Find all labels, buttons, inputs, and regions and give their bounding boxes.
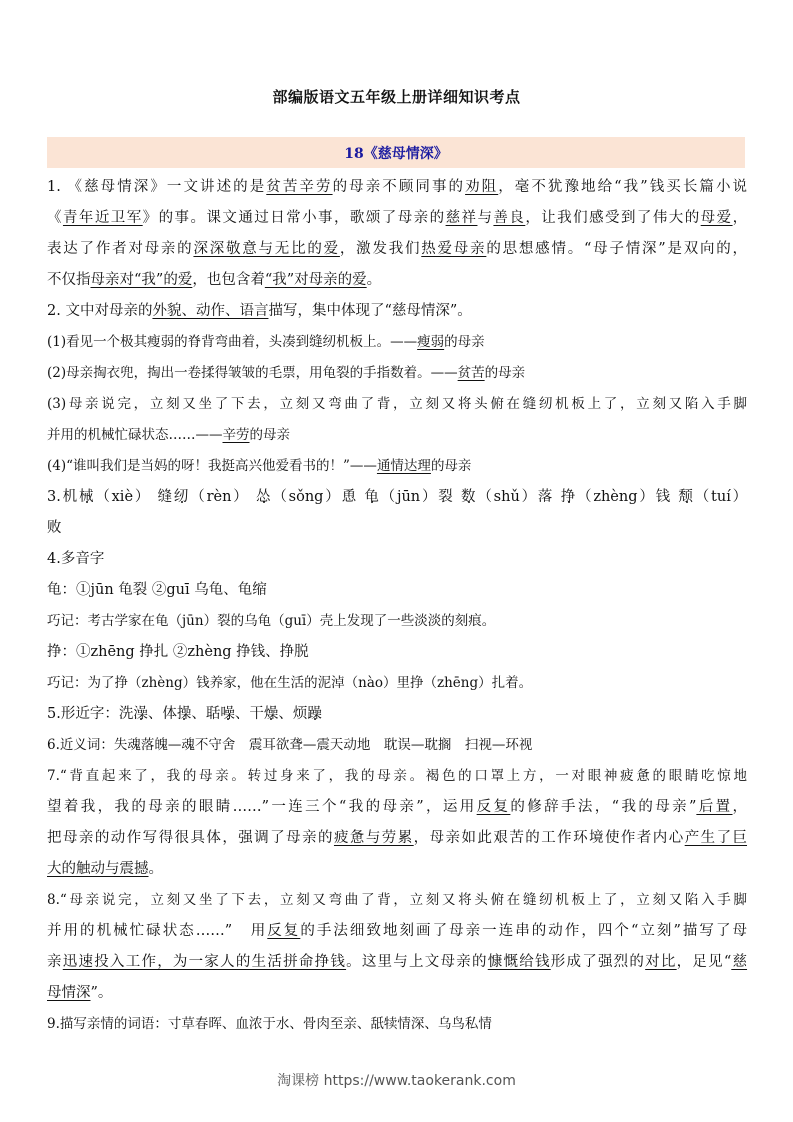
- item-7-line-2: 望着我，我的母亲的眼睛……”一连三个“我的母亲”，运用反复的修辞手法，“我的母亲…: [47, 792, 747, 823]
- item-4-zheng-tip: 巧记：为了挣（zhèng）钱养家，他在生活的泥淖（nào）里挣（zhēng）扎着…: [47, 668, 747, 699]
- item-9-family-words: 9.描写亲情的词语：寸草春晖、血浓于水、骨肉至亲、舐犊情深、乌鸟私情: [47, 1009, 747, 1040]
- item-4-gui: 龟：①jūn 龟裂 ②guī 乌龟、龟缩: [47, 575, 747, 606]
- item-2-sub-3-line-1: (3)母亲说完，立刻又坐了下去，立刻又弯曲了背，立刻又将头俯在缝纫机板上了，立刻…: [47, 389, 747, 420]
- item-2-sub-4: (4)“谁叫我们是当妈的呀！我挺高兴他爱看书的！”——通情达理的母亲: [47, 451, 747, 482]
- item-1-line-3: 表达了作者对母亲的深深敬意与无比的爱，激发我们热爱母亲的思想感情。“母子情深”是…: [47, 234, 747, 265]
- section-heading: 18《慈母情深》: [344, 143, 447, 163]
- document-body: 1. 《慈母情深》一文讲述的是贫苦辛劳的母亲不顾同事的劝阻，毫不犹豫地给“我”钱…: [47, 172, 747, 1040]
- item-8-line-2: 并用的机械忙碌状态……” 用反复的手法细致地刻画了母亲一连串的动作，四个“立刻”…: [47, 916, 747, 947]
- section-heading-bar: 18《慈母情深》: [47, 137, 745, 168]
- item-2-sub-3-line-2: 并用的机械忙碌状态……——辛劳的母亲: [47, 420, 747, 451]
- item-2-sub-1: (1)看见一个极其瘦弱的脊背弯曲着，头凑到缝纫机板上。——瘦弱的母亲: [47, 327, 747, 358]
- item-2-line-1: 2. 文中对母亲的外貌、动作、语言描写，集中体现了“慈母情深”。: [47, 296, 747, 327]
- item-1-line-4: 不仅指母亲对“我”的爱，也包含着“我”对母亲的爱。: [47, 265, 747, 296]
- item-8-line-3: 亲迅速投入工作，为一家人的生活拼命挣钱。这里与上文母亲的慷慨给钱形成了强烈的对比…: [47, 947, 747, 978]
- item-6-synonyms: 6.近义词：失魂落魄—魂不守舍 震耳欲聋—震天动地 耽误—耽搁 扫视—环视: [47, 730, 747, 761]
- item-7-line-1: 7.“背直起来了，我的母亲。转过身来了，我的母亲。褐色的口罩上方，一对眼神疲惫的…: [47, 761, 747, 792]
- item-4-gui-tip: 巧记：考古学家在龟（jūn）裂的乌龟（guī）壳上发现了一些淡淡的刻痕。: [47, 606, 747, 637]
- item-7-line-4: 大的触动与震撼。: [47, 854, 747, 885]
- item-3-wrap: 败: [47, 513, 747, 544]
- item-5-similar-chars: 5.形近字：洗澡、体操、聒噪、干燥、烦躁: [47, 699, 747, 730]
- item-7-line-3: 把母亲的动作写得很具体，强调了母亲的疲惫与劳累，母亲如此艰苦的工作环境使作者内心…: [47, 823, 747, 854]
- watermark-footer: 淘课榜 https://www.taokerank.com: [0, 1070, 793, 1090]
- item-2-sub-2: (2)母亲掏衣兜，掏出一卷揉得皱皱的毛票，用龟裂的手指数着。——贫苦的母亲: [47, 358, 747, 389]
- item-4-title: 4.多音字: [47, 544, 747, 575]
- item-1-line-2: 《青年近卫军》的事。课文通过日常小事，歌颂了母亲的慈祥与善良，让我们感受到了伟大…: [47, 203, 747, 234]
- item-8-line-1: 8.“母亲说完，立刻又坐了下去，立刻又弯曲了背，立刻又将头俯在缝纫机板上了，立刻…: [47, 885, 747, 916]
- item-8-line-4: 母情深”。: [47, 978, 747, 1009]
- document-title: 部编版语文五年级上册详细知识考点: [0, 86, 793, 107]
- item-4-zheng: 挣：①zhēng 挣扎 ②zhèng 挣钱、挣脱: [47, 637, 747, 668]
- item-3-pinyin-line: 3.机械（xiè） 缝纫（rèn） 怂（sǒng）恿 龟（jūn）裂 数（shǔ…: [47, 482, 747, 513]
- item-1-line-1: 1. 《慈母情深》一文讲述的是贫苦辛劳的母亲不顾同事的劝阻，毫不犹豫地给“我”钱…: [47, 172, 747, 203]
